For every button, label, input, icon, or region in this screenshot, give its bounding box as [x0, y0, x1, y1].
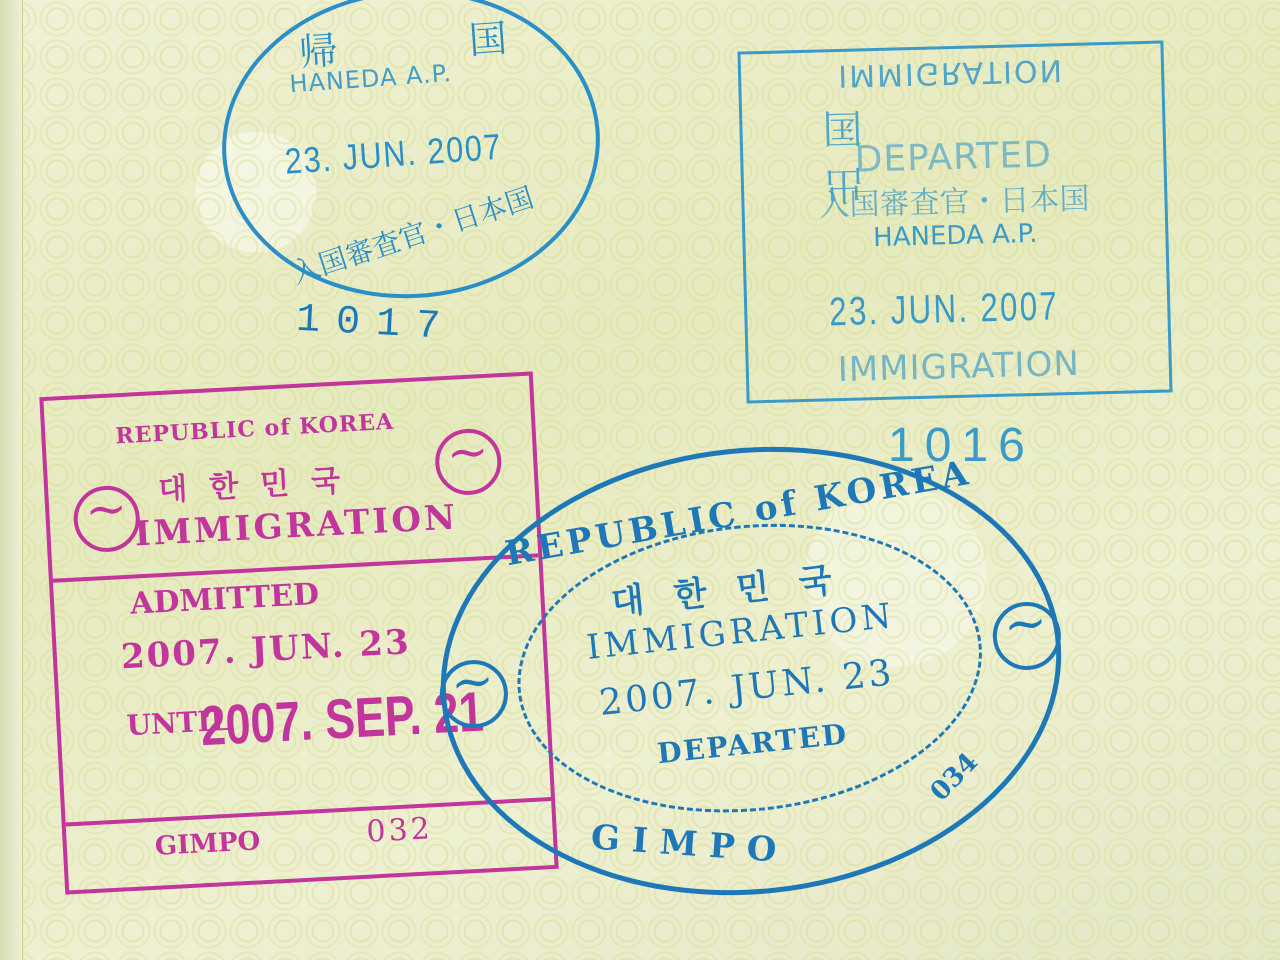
stamp-code: 034: [925, 747, 984, 807]
stamp-country: REPUBLIC of KOREA: [115, 409, 395, 450]
stamp-hangul: 대한민국: [157, 455, 363, 510]
stamp-port: GIMPO: [590, 818, 790, 872]
taeguk-emblem-icon: [72, 484, 141, 553]
stamp-status: ADMITTED: [129, 577, 320, 622]
passport-page: 帰 国 HANEDA A.P. 23. JUN. 2007 入国審査官・日本国 …: [0, 0, 1280, 960]
stamp-header-inverted: IMMIGRATION: [751, 50, 1152, 95]
stamp-divider: [66, 797, 552, 826]
haneda-departure-stamp: IMMIGRATION 出 国 DEPARTED 入国審査官・日本国 HANED…: [737, 40, 1172, 403]
stamp-date: 23. JUN. 2007: [829, 284, 1060, 335]
page-edge: [0, 0, 23, 960]
stamp-code: 032: [366, 811, 434, 849]
haneda-arrival-serial: 1017: [295, 298, 457, 351]
stamp-date: 23. JUN. 2007: [283, 126, 503, 183]
stamp-footer: IMMIGRATION: [748, 341, 1169, 392]
taeguk-emblem-icon: [434, 427, 503, 496]
stamp-port: GIMPO: [154, 826, 261, 861]
stamp-date: 2007. JUN. 23: [120, 622, 412, 677]
